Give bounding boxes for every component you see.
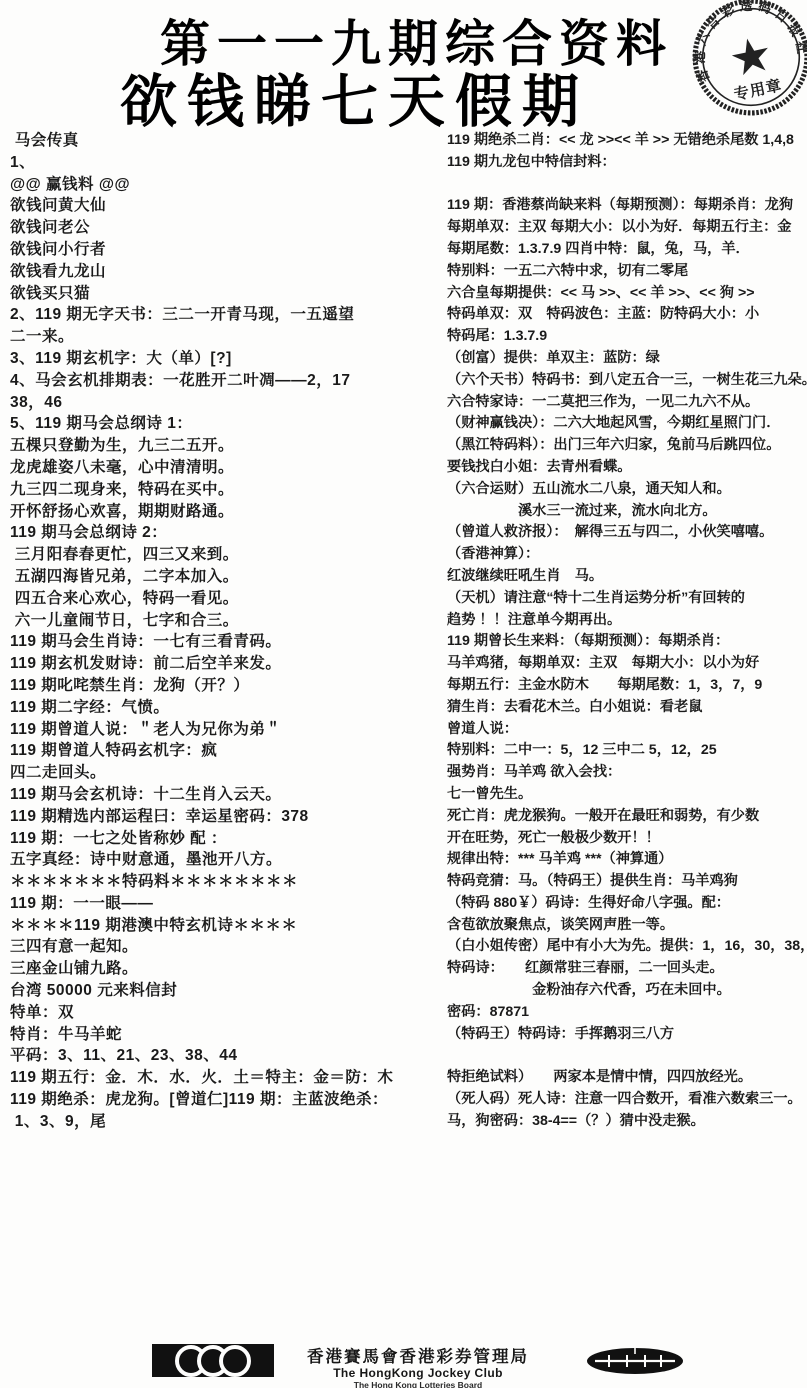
text-line: 38，46 bbox=[10, 392, 442, 414]
text-line: 119 期二字经：气愤。 bbox=[10, 697, 442, 719]
text-line: 六合特家诗：一二莫把三作为，一见二九六不从。 bbox=[447, 392, 803, 414]
text-line: 欲钱问小行者 bbox=[10, 239, 442, 261]
text-line: 九三四二现身来，特码在买中。 bbox=[10, 479, 442, 501]
text-line: （特码 880￥）码诗：生得好命八字强。配： bbox=[447, 893, 803, 915]
text-line: 台湾 50000 元来料信封 bbox=[10, 980, 442, 1002]
text-line: 特肖：牛马羊蛇 bbox=[10, 1024, 442, 1046]
star-icon: ★ bbox=[727, 30, 774, 85]
text-line: 龙虎雄姿八未毫，心中清清明。 bbox=[10, 457, 442, 479]
text-line: 马会传真 bbox=[10, 130, 442, 152]
text-line: 119 期马会玄机诗：十二生肖入云天。 bbox=[10, 784, 442, 806]
text-line: 四五合来心欢心，特码一看见。 bbox=[10, 588, 442, 610]
text-line: 四二走回头。 bbox=[10, 762, 442, 784]
footer-org-chinese: 香港賽馬會香港彩券管理局 bbox=[290, 1343, 546, 1367]
text-line: 要钱找白小姐：去青州看蝶。 bbox=[447, 457, 803, 479]
text-line: 六合皇每期提供：<< 马 >>、<< 羊 >>、<< 狗 >> bbox=[447, 283, 803, 305]
text-line: 五字真经：诗中财意通，墨池开八方。 bbox=[10, 849, 442, 871]
footer-org-english: The HongKong Jockey Club bbox=[290, 1366, 546, 1380]
seal-graphic: 香港六合彩透码日报社 ★ 专用章 bbox=[679, 0, 807, 129]
text-line: 五棵只登勤为生，九三二五开。 bbox=[10, 435, 442, 457]
page-title-line2: 欲钱睇七天假期 bbox=[120, 56, 589, 138]
text-line: 特拒绝试料） 两家本是情中情，四四放经光。 bbox=[447, 1067, 803, 1089]
text-line: 119 期：一一眼—— bbox=[10, 893, 442, 915]
text-line: 死亡肖：虎龙猴狗。一般开在最旺和弱势，有少数 bbox=[447, 806, 803, 828]
text-line: （曾道人救济报）： 解得三五与四二，小伙笑嘻嘻。 bbox=[447, 522, 803, 544]
text-line: 规律出特：*** 马羊鸡 ***（神算通） bbox=[447, 849, 803, 871]
text-line: （黑江特码料）：出门三年六归家，兔前马后跳四位。 bbox=[447, 435, 803, 457]
text-line bbox=[447, 1045, 803, 1067]
text-line: 欲钱买只猫 bbox=[10, 283, 442, 305]
text-line: 趋势 ！！注意单今期再出。 bbox=[447, 610, 803, 632]
text-line: （财神赢钱决）：二六大地起风雪，今期红星照门门． bbox=[447, 413, 803, 435]
text-line: 2、119 期无字天书：三二一开青马现，一五遥望 bbox=[10, 304, 442, 326]
text-line: 119 期五行：金．木．水．火．土＝特主：金＝防：木 bbox=[10, 1067, 442, 1089]
text-line: 红波继续旺吼生肖 马。 bbox=[447, 566, 803, 588]
text-line: 119 期九龙包中特信封料： bbox=[447, 152, 803, 174]
text-line: 三座金山铺九路。 bbox=[10, 958, 442, 980]
official-seal: 香港六合彩透码日报社 ★ 专用章 bbox=[679, 0, 807, 129]
footer-organization-block: 香港賽馬會香港彩券管理局 The HongKong Jockey Club Th… bbox=[290, 1343, 546, 1388]
text-line: 119 期曾道人特码玄机字：疯 bbox=[10, 740, 442, 762]
text-line: （死人码）死人诗：注意一四合数开，看准六数索三一。 bbox=[447, 1089, 803, 1111]
text-line: 欲钱问老公 bbox=[10, 217, 442, 239]
text-line: 5、119 期马会总纲诗 1： bbox=[10, 413, 442, 435]
text-line: 三月阳春春更忙，四三又来到。 bbox=[10, 544, 442, 566]
text-line: 猜生肖：去看花木兰。白小姐说：看老鼠 bbox=[447, 697, 803, 719]
text-line: 特码单双：双 特码波色：主蓝：防特码大小：小 bbox=[447, 304, 803, 326]
text-line: 特单：双 bbox=[10, 1002, 442, 1024]
text-line: 3、119 期玄机字：大（单）[?] bbox=[10, 348, 442, 370]
text-line: （香港神算）： bbox=[447, 544, 803, 566]
text-line: 每期单双：主双 每期大小：以小为好．每期五行主：金 bbox=[447, 217, 803, 239]
text-line: 曾道人说： bbox=[447, 719, 803, 741]
text-line: 三四有意一起知。 bbox=[10, 936, 442, 958]
text-line: @@ 赢钱料 @@ bbox=[10, 174, 442, 196]
jockey-club-rings-logo bbox=[152, 1344, 274, 1377]
text-line bbox=[447, 174, 803, 196]
signature-oval-logo bbox=[585, 1345, 685, 1375]
text-line: （天机）请注意“特十二生肖运势分析”有回转的 bbox=[447, 588, 803, 610]
text-line: 强势肖：马羊鸡 欲入会找： bbox=[447, 762, 803, 784]
text-line: ＊＊＊＊＊＊＊特码料＊＊＊＊＊＊＊＊ bbox=[10, 871, 442, 893]
text-line: ＊＊＊＊119 期港澳中特玄机诗＊＊＊＊ bbox=[10, 915, 442, 937]
text-line: 密码：87871 bbox=[447, 1002, 803, 1024]
right-column: 119 期绝杀二肖：<< 龙 >><< 羊 >> 无错绝杀尾数 1,4,8119… bbox=[447, 130, 803, 1133]
text-line: 二一来。 bbox=[10, 326, 442, 348]
text-line: 开在旺势，死亡一般极少数开！！ bbox=[447, 828, 803, 850]
text-line: 119 期玄机发财诗：前二后空羊来发。 bbox=[10, 653, 442, 675]
text-line: 1、 bbox=[10, 152, 442, 174]
text-line: 119 期曾道人说：＂老人为兄你为弟＂ bbox=[10, 719, 442, 741]
text-line: 119 期：一七之处皆称妙 配 ： bbox=[10, 828, 442, 850]
text-line: 五湖四海皆兄弟，二字本加入。 bbox=[10, 566, 442, 588]
text-line: 六一儿童闹节日，七字和合三。 bbox=[10, 610, 442, 632]
text-line: 马，狗密码：38-4==（？）猜中没走猴。 bbox=[447, 1111, 803, 1133]
text-line: （六合运财）五山流水二八泉，通天知人和。 bbox=[447, 479, 803, 501]
text-line: 欲钱看九龙山 bbox=[10, 261, 442, 283]
text-line: 119 期曾长生来料：（每期预测）：每期杀肖： bbox=[447, 631, 803, 653]
scanned-lottery-sheet: 第一一九期综合资料 欲钱睇七天假期 香港六合彩透码日报社 ★ 专用章 马会传真1… bbox=[0, 0, 807, 1388]
text-line: 1、3、9，尾 bbox=[10, 1111, 442, 1133]
text-line: 119 期精选内部运程曰：幸运星密码：378 bbox=[10, 806, 442, 828]
text-line: 119 期绝杀二肖：<< 龙 >><< 羊 >> 无错绝杀尾数 1,4,8 bbox=[447, 130, 803, 152]
text-line: （白小姐传密）尾中有小大为先。提供：1，16，30，38，40 bbox=[447, 936, 803, 958]
text-line: 溪水三一流过来，流水向北方。 bbox=[447, 501, 803, 523]
text-line: 特码尾：1.3.7.9 bbox=[447, 326, 803, 348]
text-line: （特码王）特码诗：手挥鹅羽三八方 bbox=[447, 1024, 803, 1046]
text-line: 119 期：香港蔡尚缺来料（每期预测）：每期杀肖：龙狗 bbox=[447, 195, 803, 217]
text-line: 119 期马会总纲诗 2： bbox=[10, 522, 442, 544]
text-line: 4、马会玄机排期表：一花胜开二叶凋——2，17 bbox=[10, 370, 442, 392]
text-line: 每期尾数：1.3.7.9 四肖中特：鼠，兔，马，羊． bbox=[447, 239, 803, 261]
text-line: （六个天书）特码书：到八定五合一三，一树生花三九朵。 bbox=[447, 370, 803, 392]
text-line: 金粉油存六代香，巧在未回中。 bbox=[447, 980, 803, 1002]
text-line: （创富）提供：单双主：蓝防：绿 bbox=[447, 348, 803, 370]
text-line: 开怀舒扬心欢喜，期期财路通。 bbox=[10, 501, 442, 523]
text-line: 每期五行：主金水防木 每期尾数：1，3，7，9 bbox=[447, 675, 803, 697]
text-line: 特码诗： 红颜常驻三春丽，二一回头走。 bbox=[447, 958, 803, 980]
text-line: 平码：3、11、21、23、38、44 bbox=[10, 1045, 442, 1067]
ring-icon bbox=[219, 1345, 251, 1377]
text-line: 七一曾先生。 bbox=[447, 784, 803, 806]
text-line: 特码竞猜：马。（特码王）提供生肖：马羊鸡狗 bbox=[447, 871, 803, 893]
footer-org-english-sub: The Hong Kong Lotteries Board bbox=[290, 1380, 546, 1388]
left-column: 马会传真1、@@ 赢钱料 @@欲钱问黄大仙欲钱问老公欲钱问小行者欲钱看九龙山欲钱… bbox=[10, 130, 442, 1133]
text-line: 马羊鸡猪，每期单双：主双 每期大小：以小为好 bbox=[447, 653, 803, 675]
text-line: 119 期绝杀：虎龙狗。[曾道仁]119 期：主蓝波绝杀： bbox=[10, 1089, 442, 1111]
text-line: 119 期叱咤禁生肖：龙狗（开？） bbox=[10, 675, 442, 697]
signature-oval-graphic bbox=[585, 1345, 685, 1375]
text-line: 欲钱问黄大仙 bbox=[10, 195, 442, 217]
text-line: 含苞欲放聚焦点，谈笑网声胜一等。 bbox=[447, 915, 803, 937]
text-line: 特别料：一五二六特中求，切有二零尾 bbox=[447, 261, 803, 283]
text-line: 119 期马会生肖诗：一七有三看青码。 bbox=[10, 631, 442, 653]
text-line: 特别料：二中一：5，12 三中二 5，12，25 bbox=[447, 740, 803, 762]
